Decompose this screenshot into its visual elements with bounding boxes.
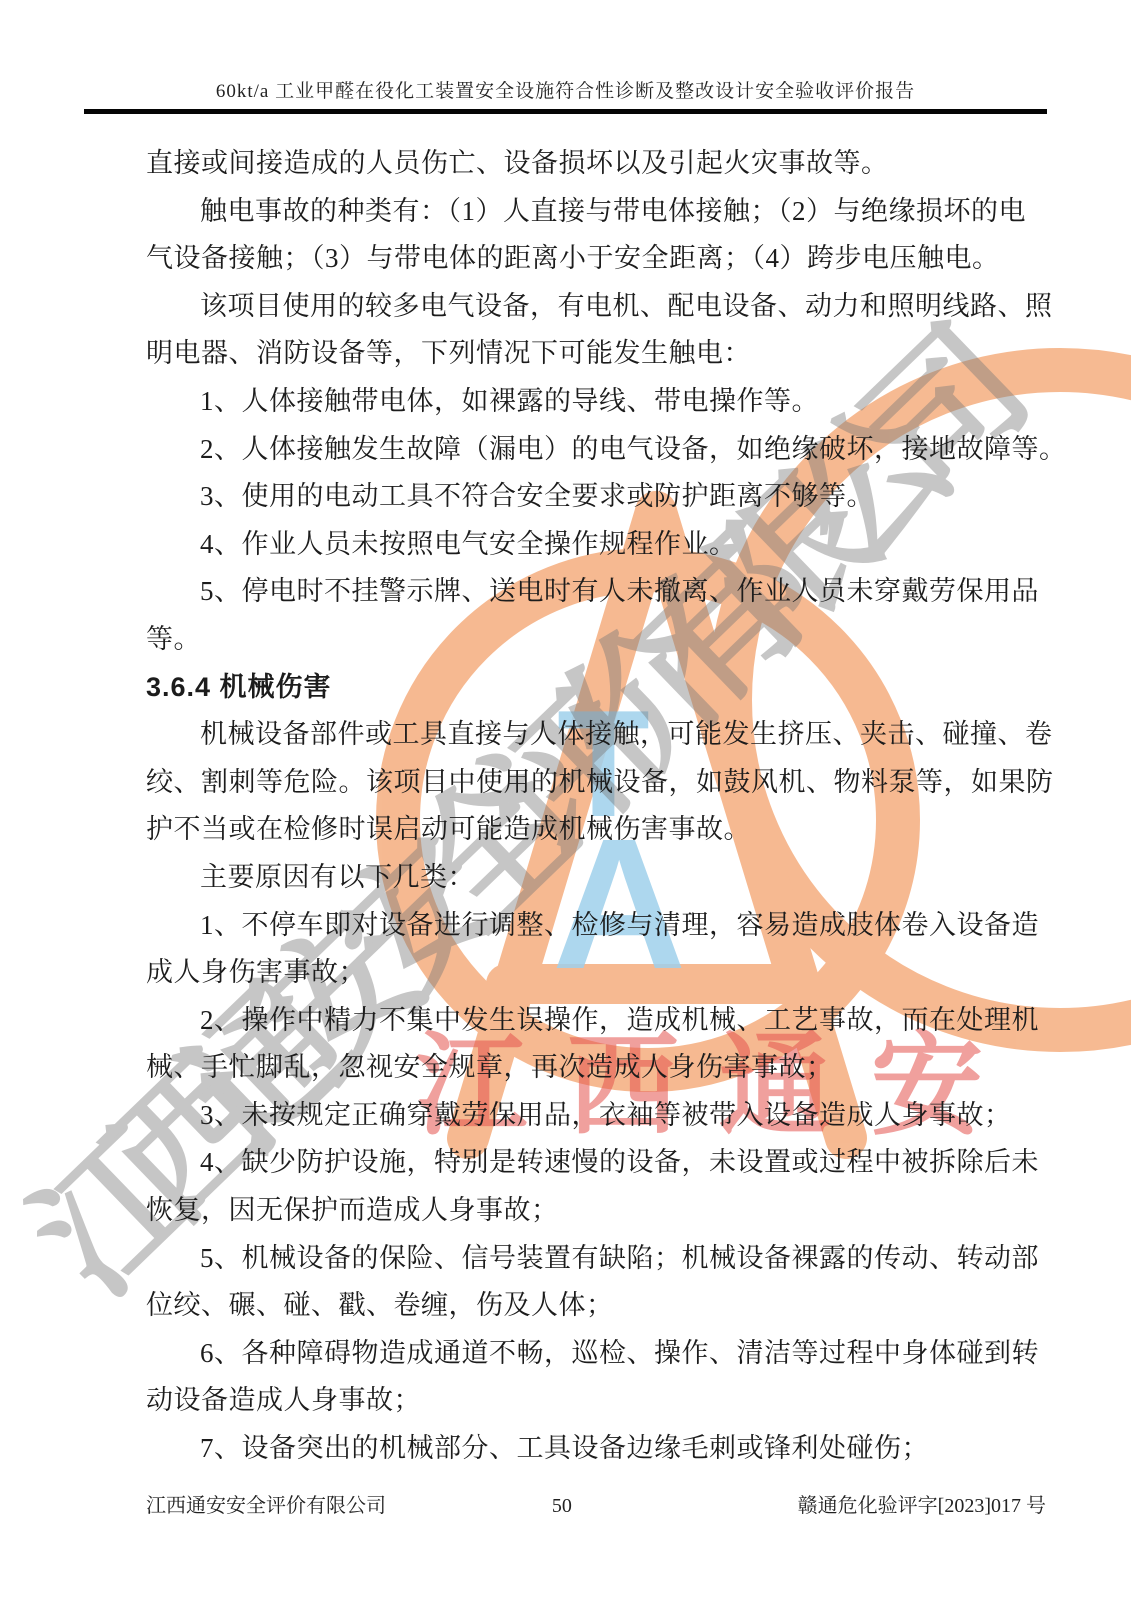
body-line: 4、作业人员未按照电气安全操作规程作业。 bbox=[146, 521, 1056, 569]
body-line: 该项目使用的较多电气设备，有电机、配电设备、动力和照明线路、照 bbox=[146, 283, 1056, 331]
body-line: 2、人体接触发生故障（漏电）的电气设备，如绝缘破坏，接地故障等。 bbox=[146, 426, 1056, 474]
body-line: 动设备造成人身事故； bbox=[146, 1377, 1056, 1425]
page-footer: 江西通安安全评价有限公司 50 赣通危化验评字[2023]017 号 bbox=[146, 1489, 1046, 1518]
page-header-title: 60kt/a 工业甲醛在役化工装置安全设施符合性诊断及整改设计安全验收评价报告 bbox=[0, 76, 1131, 103]
body-line: 气设备接触；（3）与带电体的距离小于安全距离；（4）跨步电压触电。 bbox=[146, 235, 1056, 283]
body-line: 械、手忙脚乱，忽视安全规章，再次造成人身伤害事故； bbox=[146, 1044, 1056, 1092]
body-line: 位绞、碾、碰、戳、卷缠，伤及人体； bbox=[146, 1282, 1056, 1330]
body-line: 3、使用的电动工具不符合安全要求或防护距离不够等。 bbox=[146, 473, 1056, 521]
footer-doc-number: 赣通危化验评字[2023]017 号 bbox=[798, 1489, 1046, 1518]
report-page: 60kt/a 工业甲醛在役化工装置安全设施符合性诊断及整改设计安全验收评价报告 … bbox=[0, 0, 1131, 1600]
body-line: 机械设备部件或工具直接与人体接触，可能发生挤压、夹击、碰撞、卷 bbox=[146, 711, 1056, 759]
body-line: 成人身伤害事故； bbox=[146, 949, 1056, 997]
body-line: 5、停电时不挂警示牌、送电时有人未撤离、作业人员未穿戴劳保用品 bbox=[146, 568, 1056, 616]
body-line: 2、操作中精力不集中发生误操作，造成机械、工艺事故，而在处理机 bbox=[146, 997, 1056, 1045]
body-line: 6、各种障碍物造成通道不畅，巡检、操作、清洁等过程中身体碰到转 bbox=[146, 1330, 1056, 1378]
footer-page-number: 50 bbox=[552, 1495, 572, 1518]
body-line: 等。 bbox=[146, 616, 1056, 664]
body-line: 护不当或在检修时误启动可能造成机械伤害事故。 bbox=[146, 806, 1056, 854]
document-body: 直接或间接造成的人员伤亡、设备损坏以及引起火灾事故等。 触电事故的种类有：（1）… bbox=[146, 140, 1056, 1473]
header-rule bbox=[84, 109, 1047, 114]
section-heading: 3.6.4 机械伤害 bbox=[146, 664, 1056, 712]
body-line: 3、未按规定正确穿戴劳保用品，衣袖等被带入设备造成人身事故； bbox=[146, 1092, 1056, 1140]
body-line: 恢复，因无保护而造成人身事故； bbox=[146, 1187, 1056, 1235]
body-line: 5、机械设备的保险、信号装置有缺陷；机械设备裸露的传动、转动部 bbox=[146, 1235, 1056, 1283]
footer-company: 江西通安安全评价有限公司 bbox=[146, 1489, 386, 1518]
body-line: 7、设备突出的机械部分、工具设备边缘毛刺或锋利处碰伤； bbox=[146, 1425, 1056, 1473]
body-line: 绞、割刺等危险。该项目中使用的机械设备，如鼓风机、物料泵等，如果防 bbox=[146, 759, 1056, 807]
body-line: 主要原因有以下几类： bbox=[146, 854, 1056, 902]
body-line: 触电事故的种类有：（1）人直接与带电体接触；（2）与绝缘损坏的电 bbox=[146, 188, 1056, 236]
body-line: 明电器、消防设备等，下列情况下可能发生触电： bbox=[146, 330, 1056, 378]
body-line: 4、缺少防护设施，特别是转速慢的设备，未设置或过程中被拆除后未 bbox=[146, 1139, 1056, 1187]
body-line: 1、人体接触带电体，如裸露的导线、带电操作等。 bbox=[146, 378, 1056, 426]
body-line: 1、不停车即对设备进行调整、检修与清理，容易造成肢体卷入设备造 bbox=[146, 902, 1056, 950]
body-line: 直接或间接造成的人员伤亡、设备损坏以及引起火灾事故等。 bbox=[146, 140, 1056, 188]
